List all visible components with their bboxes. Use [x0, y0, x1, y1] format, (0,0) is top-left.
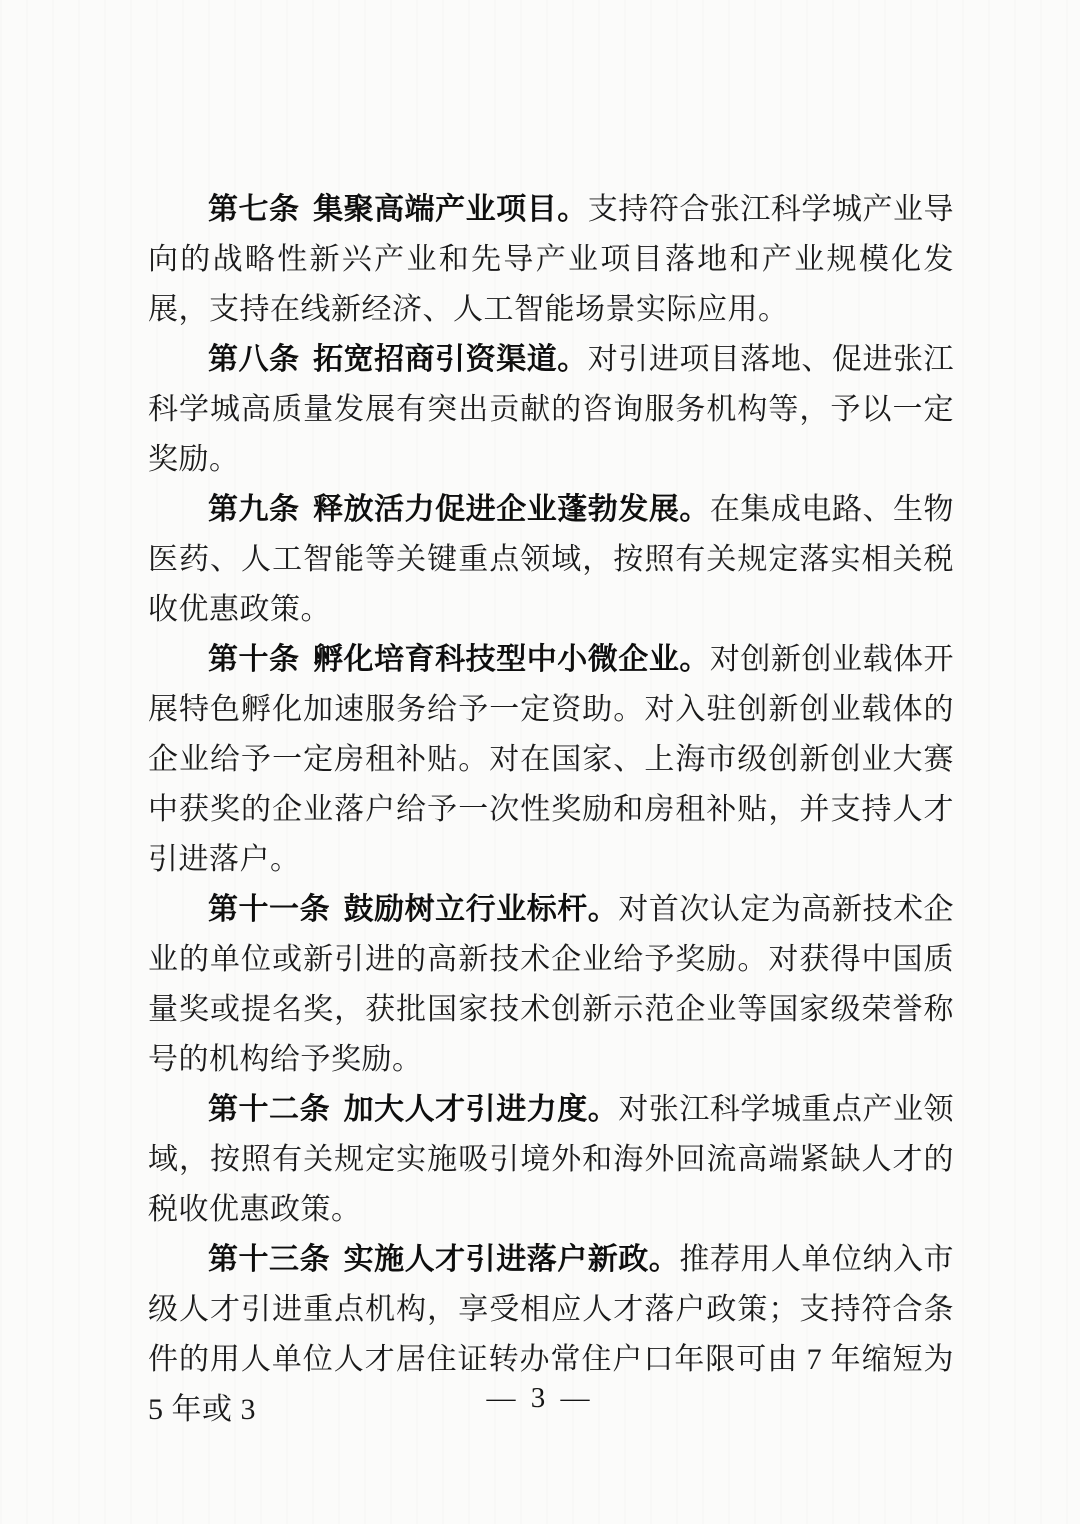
article-number: 第十三条 — [208, 1243, 330, 1276]
article-number: 第八条 — [208, 343, 300, 376]
article-paragraph-9: 第九条释放活力促进企业蓬勃发展。在集成电路、生物医药、人工智能等关键重点领域，按… — [148, 485, 954, 635]
article-paragraph-8: 第八条拓宽招商引资渠道。对引进项目落地、促进张江科学城高质量发展有突出贡献的咨询… — [148, 335, 954, 485]
page-number: — 3 — — [0, 1382, 1080, 1415]
article-title: 释放活力促进企业蓬勃发展。 — [313, 493, 710, 526]
article-paragraph-12: 第十二条加大人才引进力度。对张江科学城重点产业领域，按照有关规定实施吸引境外和海… — [148, 1085, 954, 1235]
article-paragraph-7: 第七条集聚高端产业项目。支持符合张江科学城产业导向的战略性新兴产业和先导产业项目… — [148, 185, 954, 335]
article-number: 第十二条 — [208, 1093, 330, 1126]
article-body: 对创新创业载体开展特色孵化加速服务给予一定资助。对入驻创新创业载体的企业给予一定… — [148, 643, 954, 876]
article-title: 鼓励树立行业标杆。 — [344, 893, 619, 926]
article-paragraph-10: 第十条孵化培育科技型中小微企业。对创新创业载体开展特色孵化加速服务给予一定资助。… — [148, 635, 954, 885]
article-number: 第十一条 — [208, 893, 330, 926]
article-number: 第七条 — [208, 193, 300, 226]
article-number: 第九条 — [208, 493, 300, 526]
article-text-block: 第七条集聚高端产业项目。支持符合张江科学城产业导向的战略性新兴产业和先导产业项目… — [148, 185, 954, 1435]
document-page: 第七条集聚高端产业项目。支持符合张江科学城产业导向的战略性新兴产业和先导产业项目… — [0, 0, 1080, 1524]
article-title: 实施人才引进落户新政。 — [344, 1243, 680, 1276]
article-title: 孵化培育科技型中小微企业。 — [313, 643, 710, 676]
article-paragraph-11: 第十一条鼓励树立行业标杆。对首次认定为高新技术企业的单位或新引进的高新技术企业给… — [148, 885, 954, 1085]
article-title: 集聚高端产业项目。 — [313, 193, 588, 226]
article-number: 第十条 — [208, 643, 300, 676]
article-title: 加大人才引进力度。 — [344, 1093, 619, 1126]
article-title: 拓宽招商引资渠道。 — [313, 343, 588, 376]
